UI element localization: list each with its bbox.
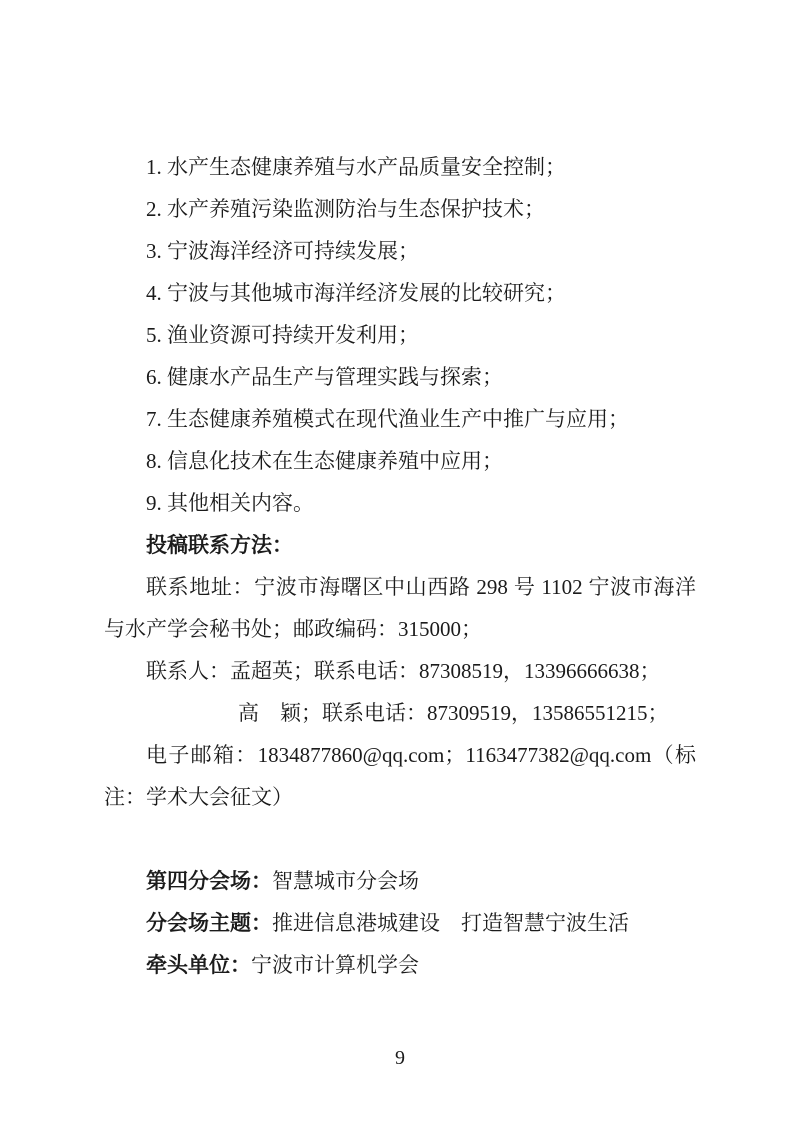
topic-item-8: 8. 信息化技术在生态健康养殖中应用； bbox=[104, 440, 696, 482]
topic-item-4: 4. 宁波与其他城市海洋经济发展的比较研究； bbox=[104, 272, 696, 314]
session-theme-label: 分会场主题： bbox=[146, 911, 272, 935]
document-page: 1. 水产生态健康养殖与水产品质量安全控制； 2. 水产养殖污染监测防治与生态保… bbox=[0, 0, 800, 1131]
topic-item-6: 6. 健康水产品生产与管理实践与探索； bbox=[104, 356, 696, 398]
session-theme-line: 分会场主题：推进信息港城建设 打造智慧宁波生活 bbox=[104, 902, 696, 944]
session-venue-label: 第四分会场： bbox=[146, 869, 272, 893]
contact-method-heading: 投稿联系方法： bbox=[104, 524, 696, 566]
blank-line-spacer bbox=[104, 818, 696, 860]
document-body: 1. 水产生态健康养殖与水产品质量安全控制； 2. 水产养殖污染监测防治与生态保… bbox=[104, 146, 696, 986]
contact-email-line-1: 电子邮箱：1834877860@qq.com；1163477382@qq.com… bbox=[104, 734, 696, 776]
session-venue-line: 第四分会场：智慧城市分会场 bbox=[104, 860, 696, 902]
topic-item-2: 2. 水产养殖污染监测防治与生态保护技术； bbox=[104, 188, 696, 230]
session-theme-value: 推进信息港城建设 打造智慧宁波生活 bbox=[272, 911, 629, 935]
topic-item-7: 7. 生态健康养殖模式在现代渔业生产中推广与应用； bbox=[104, 398, 696, 440]
session-lead-unit-value: 宁波市计算机学会 bbox=[251, 953, 419, 977]
session-lead-unit-label: 牵头单位： bbox=[146, 953, 251, 977]
contact-email-line-2: 注：学术大会征文） bbox=[104, 776, 696, 818]
contact-address-line-2: 与水产学会秘书处；邮政编码：315000； bbox=[104, 608, 696, 650]
contact-person-line-2: 高 颖；联系电话：87309519，13586551215； bbox=[104, 692, 696, 734]
session-lead-unit-line: 牵头单位：宁波市计算机学会 bbox=[104, 944, 696, 986]
topic-item-1: 1. 水产生态健康养殖与水产品质量安全控制； bbox=[104, 146, 696, 188]
contact-person-line-1: 联系人：孟超英；联系电话：87308519，13396666638； bbox=[104, 650, 696, 692]
topic-item-9: 9. 其他相关内容。 bbox=[104, 482, 696, 524]
page-number: 9 bbox=[0, 1044, 800, 1072]
session-venue-value: 智慧城市分会场 bbox=[272, 869, 419, 893]
topic-item-3: 3. 宁波海洋经济可持续发展； bbox=[104, 230, 696, 272]
topic-item-5: 5. 渔业资源可持续开发利用； bbox=[104, 314, 696, 356]
contact-address-line-1: 联系地址：宁波市海曙区中山西路 298 号 1102 宁波市海洋 bbox=[104, 566, 696, 608]
